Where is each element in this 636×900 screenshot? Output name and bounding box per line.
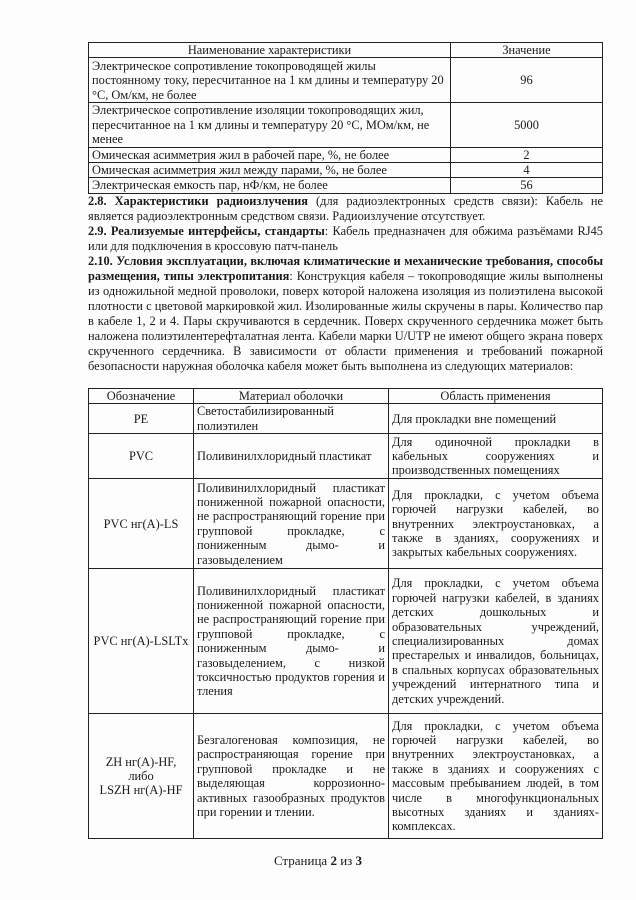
table-row: Омическая асимметрия жил в рабочей паре,…	[89, 147, 603, 162]
section-2-8: 2.8. Характеристики радиоизлучения (для …	[88, 194, 603, 224]
page-number: Страница 2 из 3	[0, 853, 636, 869]
material-cell: Поливинилхлоридный пластикат	[194, 434, 389, 479]
application-cell: Для одиночной прокладки в кабельных соор…	[389, 434, 603, 479]
section-heading: 2.9. Реализуемые интерфейсы, стандарты	[88, 224, 325, 238]
table-row: PVC нг(A)-LSLTx Поливинилхлоридный пласт…	[89, 569, 603, 714]
characteristic-value: 96	[451, 58, 603, 103]
header-designation: Обозначение	[89, 389, 194, 404]
table-header-row: Обозначение Материал оболочки Область пр…	[89, 389, 603, 404]
header-characteristic: Наименование характеристики	[89, 43, 451, 58]
designation-line: ZH нг(A)-HF,	[92, 755, 190, 769]
table-row: Электрическое сопротивление токопроводящ…	[89, 58, 603, 103]
section-2-10: 2.10. Условия эксплуатации, включая клим…	[88, 254, 603, 374]
section-2-9: 2.9. Реализуемые интерфейсы, стандарты: …	[88, 224, 603, 254]
designation-cell: PVC нг(A)-LS	[89, 479, 194, 569]
total-pages: 3	[356, 853, 363, 868]
characteristic-value: 2	[451, 147, 603, 162]
header-value: Значение	[451, 43, 603, 58]
table-row: ZH нг(A)-HF, либо LSZH нг(A)-HF Безгалог…	[89, 714, 603, 839]
table-header-row: Наименование характеристики Значение	[89, 43, 603, 58]
material-cell: Светостабилизированный полиэтилен	[194, 404, 389, 434]
characteristic-value: 56	[451, 178, 603, 193]
application-cell: Для прокладки, с учетом объема горючей н…	[389, 714, 603, 839]
table-row: PVC Поливинилхлоридный пластикат Для оди…	[89, 434, 603, 479]
characteristic-name: Омическая асимметрия жил между парами, %…	[89, 163, 451, 178]
material-cell: Поливинилхлоридный пластикат пониженной …	[194, 479, 389, 569]
table-row: Омическая асимметрия жил между парами, %…	[89, 163, 603, 178]
characteristic-name: Электрическое сопротивление изоляции ток…	[89, 103, 451, 147]
header-application: Область применения	[389, 389, 603, 404]
section-heading: 2.8. Характеристики радиоизлучения	[88, 194, 308, 208]
application-cell: Для прокладки, с учетом объема горючей н…	[389, 479, 603, 569]
designation-cell: ZH нг(A)-HF, либо LSZH нг(A)-HF	[89, 714, 194, 839]
material-cell: Поливинилхлоридный пластикат пониженной …	[194, 569, 389, 714]
designation-cell: PE	[89, 404, 194, 434]
characteristics-table: Наименование характеристики Значение Эле…	[88, 42, 603, 194]
designation-line: LSZH нг(A)-HF	[92, 783, 190, 797]
page-separator: из	[337, 853, 356, 868]
characteristic-value: 4	[451, 163, 603, 178]
application-cell: Для прокладки вне помещений	[389, 404, 603, 434]
sheath-materials-table: Обозначение Материал оболочки Область пр…	[88, 388, 603, 839]
characteristic-name: Электрическая емкость пар, нФ/км, не бол…	[89, 178, 451, 193]
table-row: PVC нг(A)-LS Поливинилхлоридный пластика…	[89, 479, 603, 569]
designation-cell: PVC нг(A)-LSLTx	[89, 569, 194, 714]
characteristic-name: Электрическое сопротивление токопроводящ…	[89, 58, 451, 103]
page-label: Страница	[274, 853, 331, 868]
header-material: Материал оболочки	[194, 389, 389, 404]
characteristic-name: Омическая асимметрия жил в рабочей паре,…	[89, 147, 451, 162]
designation-line: либо	[92, 769, 190, 783]
designation-cell: PVC	[89, 434, 194, 479]
table-row: PE Светостабилизированный полиэтилен Для…	[89, 404, 603, 434]
application-cell: Для прокладки, с учетом объема горючей н…	[389, 569, 603, 714]
characteristic-value: 5000	[451, 103, 603, 147]
document-page: Наименование характеристики Значение Эле…	[0, 0, 636, 900]
table-row: Электрическая емкость пар, нФ/км, не бол…	[89, 178, 603, 193]
material-cell: Безгалогеновая композиция, не распростра…	[194, 714, 389, 839]
section-text: : Конструкция кабеля – токопроводящие жи…	[88, 269, 603, 373]
table-row: Электрическое сопротивление изоляции ток…	[89, 103, 603, 147]
